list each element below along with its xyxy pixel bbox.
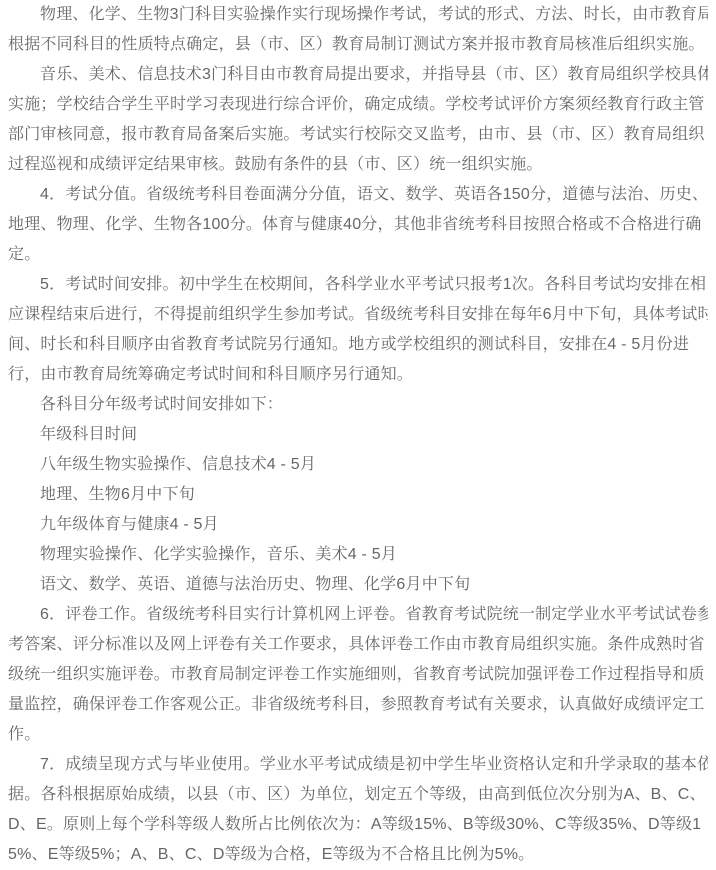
- text-line: 据。各科根据原始成绩，以县（市、区）为单位，划定五个等级，由高到低位次分别为A、…: [8, 780, 708, 810]
- text-line: 各科目分年级考试时间安排如下：: [8, 390, 708, 420]
- text-line: 八年级生物实验操作、信息技术4 - 5月: [8, 450, 708, 480]
- text-line: 物理实验操作、化学实验操作，音乐、美术4 - 5月: [8, 540, 708, 570]
- text-line: 7．成绩呈现方式与毕业使用。学业水平考试成绩是初中学生毕业资格认定和升学录取的基…: [8, 750, 708, 780]
- text-line: 5%、E等级5%；A、B、C、D等级为合格，E等级为不合格且比例为5%。: [8, 840, 708, 870]
- text-line: 九年级体育与健康4 - 5月: [8, 510, 708, 540]
- text-line: 定。: [8, 240, 708, 270]
- text-line: 量监控，确保评卷工作客观公正。非省级统考科目，参照教育考试有关要求，认真做好成绩…: [8, 690, 708, 720]
- document-page: 物理、化学、生物3门科目实验操作实行现场操作考试，考试的形式、方法、时长，由市教…: [0, 0, 716, 870]
- text-line: 间、时长和科目顺序由省教育考试院另行通知。地方或学校组织的测试科目，安排在4 -…: [8, 330, 708, 360]
- text-line: 应课程结束后进行，不得提前组织学生参加考试。省级统考科目安排在每年6月中下旬，具…: [8, 300, 708, 330]
- text-line: 4．考试分值。省级统考科目卷面满分分值，语文、数学、英语各150分，道德与法治、…: [8, 180, 708, 210]
- text-line: 年级科目时间: [8, 420, 708, 450]
- text-line: 语文、数学、英语、道德与法治历史、物理、化学6月中下旬: [8, 570, 708, 600]
- text-line: 行，由市教育局统筹确定考试时间和科目顺序另行通知。: [8, 360, 708, 390]
- text-line: 地理、生物6月中下旬: [8, 480, 708, 510]
- text-line: 音乐、美术、信息技术3门科目由市教育局提出要求，并指导县（市、区）教育局组织学校…: [8, 60, 708, 90]
- text-line: D、E。原则上每个学科等级人数所占比例依次为：A等级15%、B等级30%、C等级…: [8, 810, 708, 840]
- text-line: 考答案、评分标准以及网上评卷有关工作要求，具体评卷工作由市教育局组织实施。条件成…: [8, 630, 708, 660]
- text-line: 部门审核同意，报市教育局备案后实施。考试实行校际交叉监考，由市、县（市、区）教育…: [8, 120, 708, 150]
- text-line: 5．考试时间安排。初中学生在校期间，各科学业水平考试只报考1次。各科目考试均安排…: [8, 270, 708, 300]
- text-line: 过程巡视和成绩评定结果审核。鼓励有条件的县（市、区）统一组织实施。: [8, 150, 708, 180]
- text-line: 地理、物理、化学、生物各100分。体育与健康40分，其他非省统考科目按照合格或不…: [8, 210, 708, 240]
- document-body-text: 物理、化学、生物3门科目实验操作实行现场操作考试，考试的形式、方法、时长，由市教…: [0, 0, 716, 870]
- text-line: 根据不同科目的性质特点确定，县（市、区）教育局制订测试方案并报市教育局核准后组织…: [8, 30, 708, 60]
- text-line: 物理、化学、生物3门科目实验操作实行现场操作考试，考试的形式、方法、时长，由市教…: [8, 0, 708, 30]
- text-line: 实施；学校结合学生平时学习表现进行综合评价，确定成绩。学校考试评价方案须经教育行…: [8, 90, 708, 120]
- text-line: 级统一组织实施评卷。市教育局制定评卷工作实施细则，省教育考试院加强评卷工作过程指…: [8, 660, 708, 690]
- text-line: 作。: [8, 720, 708, 750]
- text-line: 6．评卷工作。省级统考科目实行计算机网上评卷。省教育考试院统一制定学业水平考试试…: [8, 600, 708, 630]
